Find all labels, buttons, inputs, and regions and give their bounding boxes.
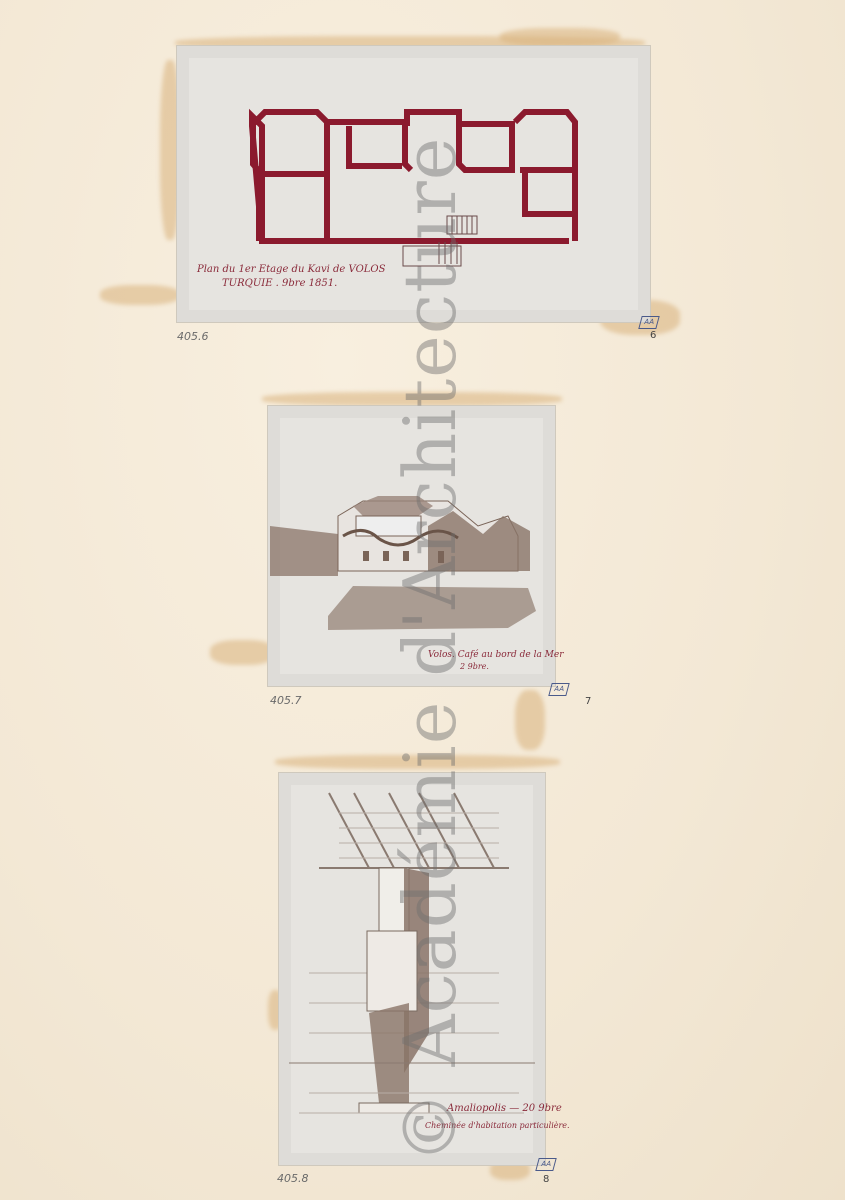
glue-stain: [210, 640, 275, 665]
glue-stain: [275, 755, 560, 769]
drawing-title: Volos. Café au bord de la Mer: [428, 650, 564, 660]
drawing-title: Amaliopolis — 20 9bre: [447, 1103, 562, 1114]
drawing-subtitle: Cheminée d'habitation particulière.: [425, 1121, 570, 1130]
drawing-chimney: Amaliopolis — 20 9bre Cheminée d'habitat…: [279, 773, 545, 1165]
drawing-subtitle: 2 9bre.: [460, 662, 489, 671]
glue-stain: [500, 28, 620, 46]
page-number: 6: [650, 330, 656, 341]
cafe-illustration: [268, 406, 555, 686]
glue-stain: [515, 690, 545, 750]
drawing-subtitle: TURQUIE . 9bre 1851.: [222, 278, 337, 289]
inventory-number: 405.8: [277, 1172, 309, 1185]
glue-stain: [262, 392, 562, 406]
drawing-floor-plan: Plan du 1er Etage du Kavi de VOLOS TURQU…: [177, 46, 650, 322]
drawing-cafe: Volos. Café au bord de la Mer 2 9bre.: [268, 406, 555, 686]
album-page: Plan du 1er Etage du Kavi de VOLOS TURQU…: [0, 0, 845, 1200]
page-number: 7: [585, 696, 591, 707]
collection-stamp: AA: [548, 683, 569, 696]
inventory-number: 405.7: [270, 694, 302, 707]
collection-stamp: AA: [535, 1158, 556, 1171]
glue-stain: [100, 285, 180, 305]
collection-stamp: AA: [638, 316, 659, 329]
inventory-number: 405.6: [177, 330, 209, 343]
page-number: 8: [543, 1174, 549, 1185]
drawing-title: Plan du 1er Etage du Kavi de VOLOS: [197, 264, 385, 275]
